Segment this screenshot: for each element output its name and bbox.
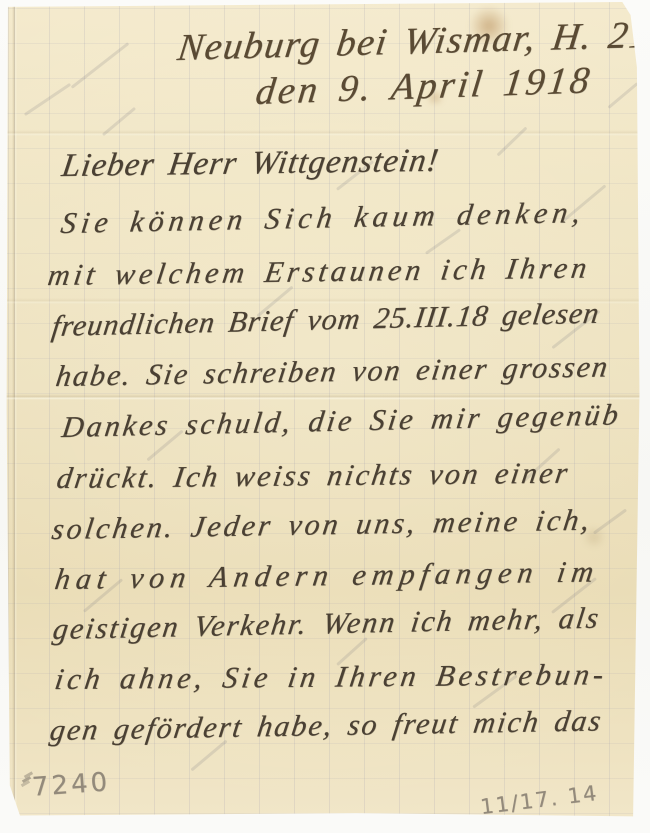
catalog-number-annotation: 7240	[31, 767, 111, 802]
scanned-letter-page: Neuburg bei Wismar, H. 21, den 9. April …	[0, 0, 650, 833]
vertical-fold-crease	[12, 2, 17, 818]
letter-paper: Neuburg bei Wismar, H. 21, den 9. April …	[6, 2, 642, 818]
body-line: ich ahne, Sie in Ihren Bestrebun-	[52, 658, 609, 697]
salutation-line: Lieber Herr Wittgenstein!	[59, 143, 441, 185]
body-line: drückt. Ich weiss nichts von einer	[54, 457, 571, 496]
